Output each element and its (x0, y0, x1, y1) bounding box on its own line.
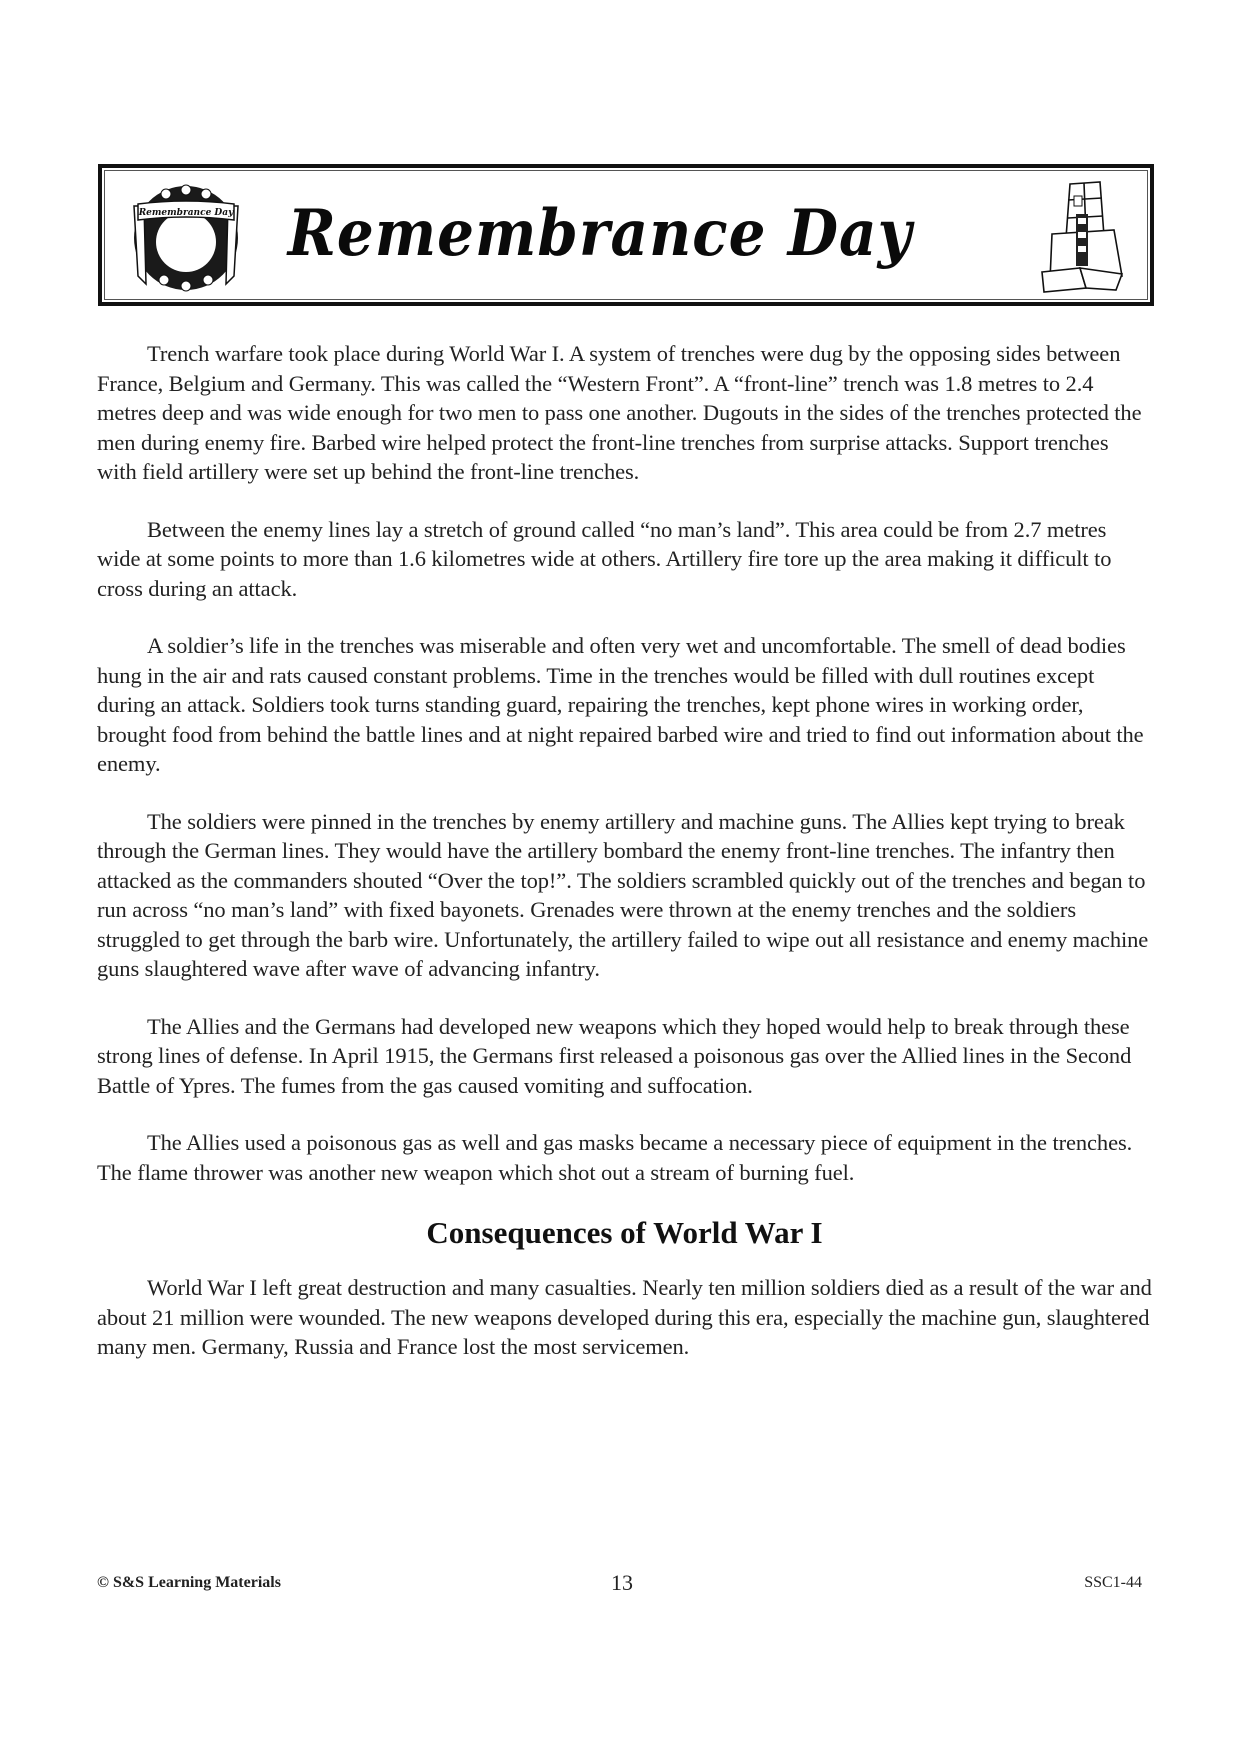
paragraph-trench-warfare: Trench warfare took place during World W… (97, 339, 1152, 487)
title-banner: Remembrance Day Remembrance Day (98, 164, 1154, 306)
cenotaph-monument-icon (1022, 176, 1142, 296)
page-footer: © S&S Learning Materials 13 SSC1-44 (97, 1572, 1142, 1602)
paragraph-gas-masks: The Allies used a poisonous gas as well … (97, 1128, 1152, 1187)
paragraph-soldier-life: A soldier’s life in the trenches was mis… (97, 631, 1152, 779)
svg-text:Remembrance Day: Remembrance Day (138, 208, 234, 218)
wreath-icon: Remembrance Day (116, 176, 256, 296)
page-number: 13 (611, 1570, 633, 1596)
page-title: Remembrance Day (270, 173, 930, 294)
document-page: Remembrance Day Remembrance Day Trench w… (0, 0, 1241, 1754)
copyright-text: © S&S Learning Materials (97, 1574, 281, 1592)
paragraph-over-the-top: The soldiers were pinned in the trenches… (97, 807, 1152, 984)
publication-code: SSC1-44 (1084, 1574, 1142, 1592)
paragraph-consequences: World War I left great destruction and m… (97, 1273, 1152, 1362)
paragraph-new-weapons: The Allies and the Germans had developed… (97, 1012, 1152, 1101)
section-heading: Consequences of World War I (97, 1215, 1152, 1251)
article-body: Trench warfare took place during World W… (97, 339, 1152, 1390)
paragraph-no-mans-land: Between the enemy lines lay a stretch of… (97, 515, 1152, 604)
